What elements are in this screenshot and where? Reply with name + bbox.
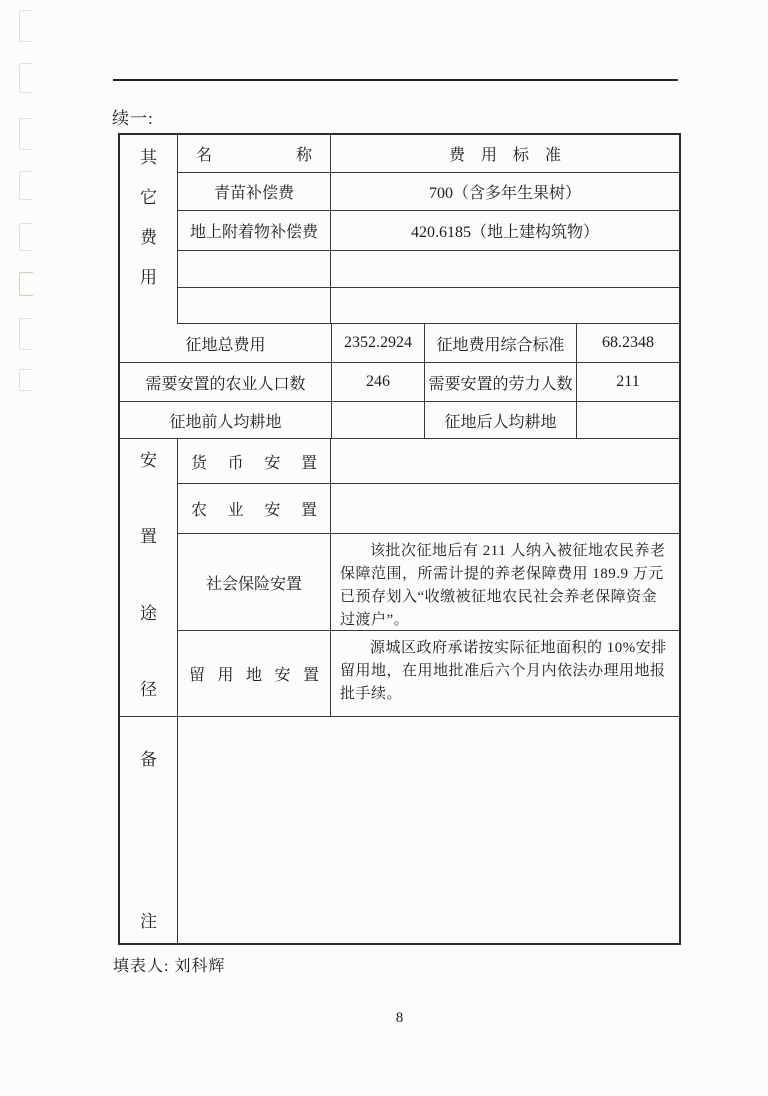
summary-value: 2352.2924 (332, 324, 425, 362)
summary-label: 征地前人均耕地 (120, 402, 332, 438)
resettlement-group-label: 安置途径 (120, 439, 178, 716)
table-row: 征地总费用 2352.2924 征地费用综合标准 68.2348 (120, 324, 679, 363)
summary-value: 246 (332, 363, 425, 401)
resettlement-name: 农业安置 (178, 484, 331, 533)
preparer-line: 填表人: 刘科辉 (113, 953, 225, 976)
resettlement-detail (331, 484, 679, 533)
table-row (178, 288, 679, 324)
table-row: 社会保险安置 该批次征地后有 211 人纳入被征地农民养老保障范围，所需计提的养… (178, 534, 679, 631)
summary-label: 征地费用综合标准 (425, 324, 577, 362)
remarks-section: 备注 (120, 716, 679, 943)
scan-artifact (19, 369, 33, 391)
scan-artifact (19, 171, 33, 200)
table-row: 货币安置 (178, 439, 679, 484)
table-row: 征地前人均耕地 征地后人均耕地 (120, 402, 679, 439)
remarks-content (178, 717, 679, 943)
table-row: 地上附着物补偿费 420.6185（地上建构筑物） (178, 211, 679, 251)
fees-name-header: 名称 (178, 135, 331, 172)
scan-artifact (19, 63, 33, 93)
summary-label: 需要安置的劳力人数 (425, 363, 577, 401)
fee-standard: 700（含多年生果树） (331, 173, 679, 210)
land-acquisition-table: 其它费用 名称 费用标准 青苗补偿费 700（含多年生果树） 地上附着物补偿费 … (118, 133, 681, 945)
summary-value: 68.2348 (577, 324, 679, 362)
table-row (178, 251, 679, 288)
scan-artifact (19, 10, 33, 42)
summary-value: 211 (577, 363, 679, 401)
summary-label: 需要安置的农业人口数 (120, 363, 332, 401)
scanned-document-page: 续一: 其它费用 名称 费用标准 青苗补偿费 700（含多年生果树） 地上附着物… (0, 0, 768, 1096)
resettlement-detail: 源城区政府承诺按实际征地面积的 10%安排留用地，在用地批准后六个月内依法办理用… (331, 631, 679, 716)
other-fees-group-label: 其它费用 (120, 135, 178, 324)
remarks-group-label: 备注 (120, 717, 178, 943)
table-row: 农业安置 (178, 484, 679, 534)
summary-label: 征地总费用 (120, 324, 332, 362)
fee-standard: 420.6185（地上建构筑物） (331, 211, 679, 250)
resettlement-section: 安置途径 货币安置 农业安置 社会保险安置 该批次征地后有 211 人纳入被征地… (120, 439, 679, 716)
table-row: 青苗补偿费 700（含多年生果树） (178, 173, 679, 211)
table-row: 留用地安置 源城区政府承诺按实际征地面积的 10%安排留用地，在用地批准后六个月… (178, 631, 679, 716)
reserved-land-text: 源城区政府承诺按实际征地面积的 10%安排留用地，在用地批准后六个月内依法办理用… (340, 637, 670, 706)
social-insurance-text: 该批次征地后有 211 人纳入被征地农民养老保障范围，所需计提的养老保障费用 1… (340, 540, 670, 632)
fees-standard-header: 费用标准 (331, 135, 679, 172)
scan-artifact (19, 223, 33, 251)
header-rule (113, 79, 678, 81)
scan-artifact (19, 272, 33, 296)
scan-artifact (19, 318, 33, 350)
fees-header-row: 名称 费用标准 (178, 135, 679, 173)
page-number: 8 (118, 1010, 681, 1027)
fee-name (178, 288, 331, 323)
resettlement-name: 社会保险安置 (178, 534, 331, 630)
scan-artifact (19, 118, 33, 150)
fee-standard (331, 288, 679, 323)
resettlement-detail: 该批次征地后有 211 人纳入被征地农民养老保障范围，所需计提的养老保障费用 1… (331, 534, 679, 630)
summary-value (332, 402, 425, 438)
continuation-label: 续一: (112, 104, 154, 129)
summary-section: 征地总费用 2352.2924 征地费用综合标准 68.2348 需要安置的农业… (120, 324, 679, 439)
fee-name (178, 251, 331, 287)
table-row: 需要安置的农业人口数 246 需要安置的劳力人数 211 (120, 363, 679, 402)
resettlement-name: 留用地安置 (178, 631, 331, 716)
fee-name: 青苗补偿费 (178, 173, 331, 210)
other-fees-section: 其它费用 名称 费用标准 青苗补偿费 700（含多年生果树） 地上附着物补偿费 … (120, 135, 679, 324)
table-row (178, 717, 679, 943)
fee-name: 地上附着物补偿费 (178, 211, 331, 250)
resettlement-detail (331, 439, 679, 483)
fee-standard (331, 251, 679, 287)
summary-label: 征地后人均耕地 (425, 402, 577, 438)
summary-value (577, 402, 679, 438)
resettlement-name: 货币安置 (178, 439, 331, 483)
